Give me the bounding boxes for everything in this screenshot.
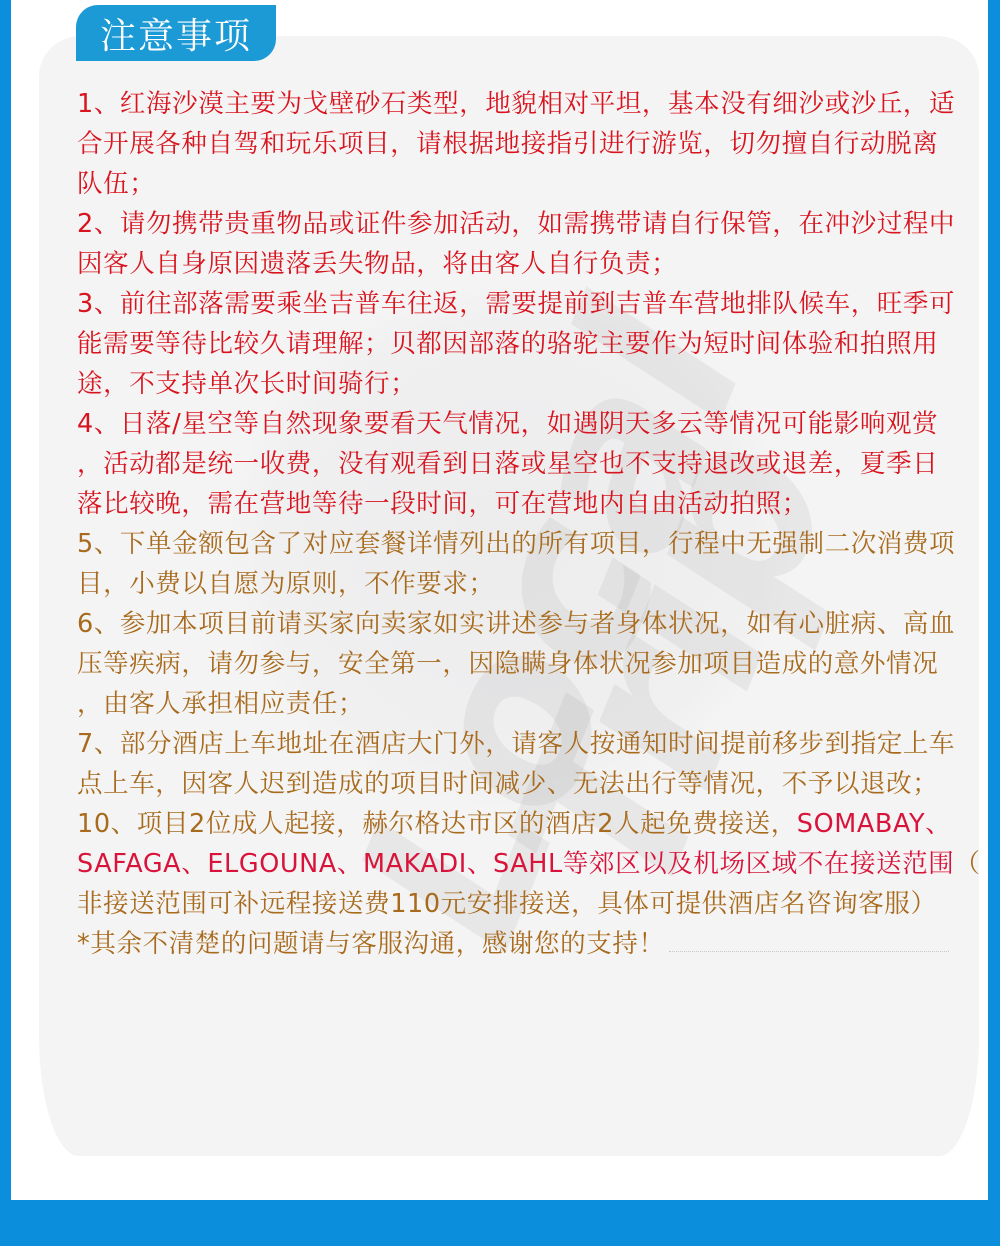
note-item-3: 3、前往部落需要乘坐吉普车往返，需要提前到吉普车营地排队候车，旺季可 能需要等待…	[77, 284, 977, 404]
section-title-tab: 注意事项	[76, 5, 276, 61]
page-frame: Local Trip 注意事项 1、红海沙漠主要为戈壁砂石类型，地貌相对平坦，基…	[11, 0, 988, 1200]
note-line: 4、日落/星空等自然现象要看天气情况，如遇阴天多云等情况可能影响观赏	[77, 404, 977, 444]
note-highlight: SAFAGA、ELGOUNA、MAKADI、SAHL等郊区以及机场区域不在接送范…	[77, 849, 954, 879]
note-line: 6、参加本项目前请买家向卖家如实讲述参与者身体状况，如有心脏病、高血	[77, 604, 977, 644]
note-line: 能需要等待比较久请理解；贝都因部落的骆驼主要作为短时间体验和拍照用	[77, 324, 977, 364]
note-line: 10、项目2位成人起接，赫尔格达市区的酒店2人起免费接送，SOMABAY、	[77, 804, 977, 844]
note-item-7: 7、部分酒店上车地址在酒店大门外，请客人按通知时间提前移步到指定上车 点上车，因…	[77, 724, 977, 804]
note-line: SAFAGA、ELGOUNA、MAKADI、SAHL等郊区以及机场区域不在接送范…	[77, 844, 977, 884]
note-line: 7、部分酒店上车地址在酒店大门外，请客人按通知时间提前移步到指定上车	[77, 724, 977, 764]
note-line: ，由客人承担相应责任；	[77, 684, 977, 724]
note-line: 队伍；	[77, 164, 977, 204]
dotted-divider	[669, 950, 949, 952]
note-highlight: SOMABAY、	[797, 809, 952, 839]
note-line: 目，小费以自愿为原则，不作要求；	[77, 564, 977, 604]
note-item-10: 10、项目2位成人起接，赫尔格达市区的酒店2人起免费接送，SOMABAY、 SA…	[77, 804, 977, 924]
notes-list: 1、红海沙漠主要为戈壁砂石类型，地貌相对平坦，基本没有细沙或沙丘，适 合开展各种…	[77, 84, 977, 964]
note-item-6: 6、参加本项目前请买家向卖家如实讲述参与者身体状况，如有心脏病、高血 压等疾病，…	[77, 604, 977, 724]
footer-note-line: *其余不清楚的问题请与客服沟通，感谢您的支持！	[77, 924, 977, 964]
note-line: 压等疾病，请勿参与，安全第一，因隐瞒身体状况参加项目造成的意外情况	[77, 644, 977, 684]
note-item-5: 5、下单金额包含了对应套餐详情列出的所有项目，行程中无强制二次消费项 目，小费以…	[77, 524, 977, 604]
note-line: ，活动都是统一收费，没有观看到日落或星空也不支持退改或退差，夏季日	[77, 444, 977, 484]
note-line: 2、请勿携带贵重物品或证件参加活动，如需携带请自行保管，在冲沙过程中	[77, 204, 977, 244]
note-item-1: 1、红海沙漠主要为戈壁砂石类型，地貌相对平坦，基本没有细沙或沙丘，适 合开展各种…	[77, 84, 977, 204]
footer-note: *其余不清楚的问题请与客服沟通，感谢您的支持！	[77, 929, 665, 959]
note-item-2: 2、请勿携带贵重物品或证件参加活动，如需携带请自行保管，在冲沙过程中 因客人自身…	[77, 204, 977, 284]
note-line: 点上车，因客人迟到造成的项目时间减少、无法出行等情况，不予以退改；	[77, 764, 977, 804]
note-line: 因客人自身原因遗落丢失物品，将由客人自行负责；	[77, 244, 977, 284]
note-line: 合开展各种自驾和玩乐项目，请根据地接指引进行游览，切勿擅自行动脱离	[77, 124, 977, 164]
note-line: 5、下单金额包含了对应套餐详情列出的所有项目，行程中无强制二次消费项	[77, 524, 977, 564]
section-title: 注意事项	[100, 8, 252, 59]
note-line: 落比较晚，需在营地等待一段时间，可在营地内自由活动拍照；	[77, 484, 977, 524]
note-line: 1、红海沙漠主要为戈壁砂石类型，地貌相对平坦，基本没有细沙或沙丘，适	[77, 84, 977, 124]
note-line: 途，不支持单次长时间骑行；	[77, 364, 977, 404]
note-item-4: 4、日落/星空等自然现象要看天气情况，如遇阴天多云等情况可能影响观赏 ，活动都是…	[77, 404, 977, 524]
note-line: 非接送范围可补远程接送费110元安排接送，具体可提供酒店名咨询客服）	[77, 884, 977, 924]
note-text: （	[954, 849, 980, 879]
note-text: 10、项目2位成人起接，赫尔格达市区的酒店2人起免费接送，	[77, 809, 797, 839]
note-line: 3、前往部落需要乘坐吉普车往返，需要提前到吉普车营地排队候车，旺季可	[77, 284, 977, 324]
